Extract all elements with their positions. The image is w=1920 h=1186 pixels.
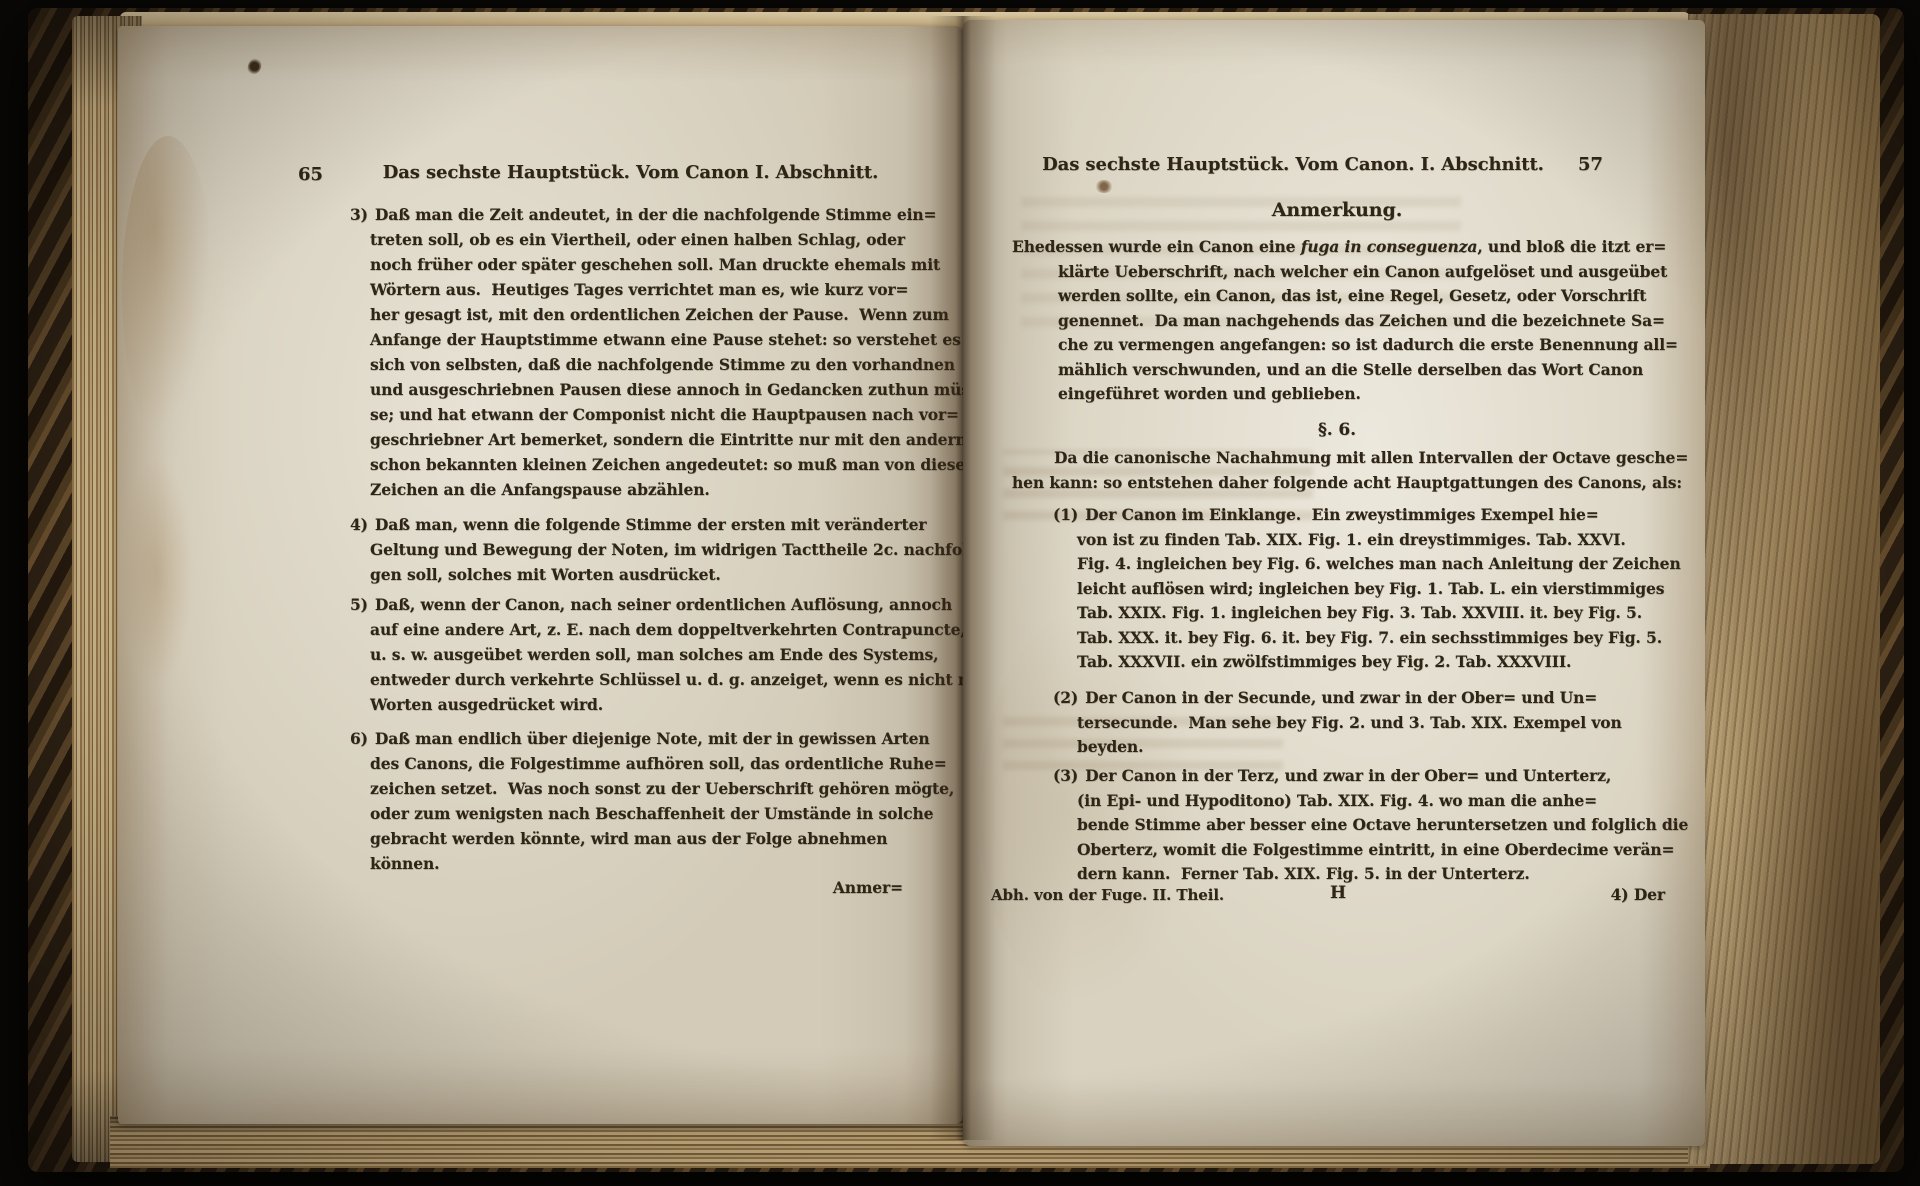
item-text: Daß man, wenn die folgende Stimme der er…	[370, 515, 981, 584]
item-number: 6)	[350, 729, 368, 748]
page-edges-fore	[1688, 14, 1880, 1164]
item-text: Der Canon im Einklange. Ein zweystimmige…	[1077, 505, 1681, 671]
list-item-4: 4)Daß man, wenn die folgende Stimme der …	[350, 512, 990, 587]
section-heading: §. 6.	[1012, 418, 1662, 442]
footer-signature-title: Abh. von der Fuge. II. Theil.	[991, 884, 1224, 906]
canon-item-1: (1)Der Canon im Einklange. Ein zweystimm…	[1053, 503, 1689, 675]
left-page: 65 Das sechste Hauptstück. Vom Canon I. …	[118, 26, 963, 1124]
list-item-5: 5)Daß, wenn der Canon, nach seiner orden…	[350, 592, 990, 717]
left-page-number: 65	[298, 163, 323, 187]
item-text: Daß man endlich über diejenige Note, mit…	[370, 729, 954, 873]
item-number: 3)	[350, 205, 368, 224]
left-catchword: Anmer=	[678, 878, 903, 897]
book-photo: 65 Das sechste Hauptstück. Vom Canon I. …	[28, 8, 1904, 1172]
note-italic-term: fuga in conseguenza	[1301, 237, 1478, 256]
footer-gathering-mark: H	[1293, 881, 1383, 905]
list-item-3: 3)Daß man die Zeit andeutet, in der die …	[350, 202, 990, 502]
canon-item-2: (2)Der Canon in der Secunde, und zwar in…	[1053, 686, 1689, 760]
paper-stain	[120, 456, 194, 686]
right-catchword: 4) Der	[1503, 884, 1665, 906]
right-page: Das sechste Hauptstück. Vom Canon. I. Ab…	[963, 20, 1705, 1146]
item-number: (1)	[1053, 505, 1078, 524]
item-text: Der Canon in der Secunde, und zwar in de…	[1077, 688, 1622, 756]
note-heading: Anmerkung.	[1012, 198, 1662, 223]
list-item-6: 6)Daß man endlich über diejenige Note, m…	[350, 726, 990, 876]
note-paragraph: Ehedessen wurde ein Canon eine fuga in c…	[1012, 235, 1708, 407]
item-text: Daß man die Zeit andeutet, in der die na…	[370, 205, 983, 499]
item-number: (2)	[1053, 688, 1078, 707]
item-number: (3)	[1053, 766, 1078, 785]
paper-stain	[1095, 180, 1113, 193]
ink-speck	[245, 56, 264, 77]
item-number: 5)	[350, 595, 368, 614]
note-rest: , und bloß die itzt er= klärte Ueberschr…	[1058, 237, 1678, 403]
right-page-number: 57	[1578, 153, 1603, 177]
item-text: Daß, wenn der Canon, nach seiner ordentl…	[370, 595, 987, 714]
item-number: 4)	[350, 515, 368, 534]
section-intro: Da die canonische Nachahmung mit allen I…	[1012, 446, 1662, 495]
canon-item-3: (3)Der Canon in der Terz, und zwar in de…	[1053, 764, 1689, 887]
item-text: Der Canon in der Terz, und zwar in der O…	[1077, 766, 1688, 883]
right-running-header: Das sechste Hauptstück. Vom Canon. I. Ab…	[1033, 153, 1553, 177]
paper-stain	[122, 136, 214, 446]
left-running-header: Das sechste Hauptstück. Vom Canon I. Abs…	[358, 161, 903, 185]
note-lead: Ehedessen wurde ein Canon eine	[1012, 237, 1301, 256]
